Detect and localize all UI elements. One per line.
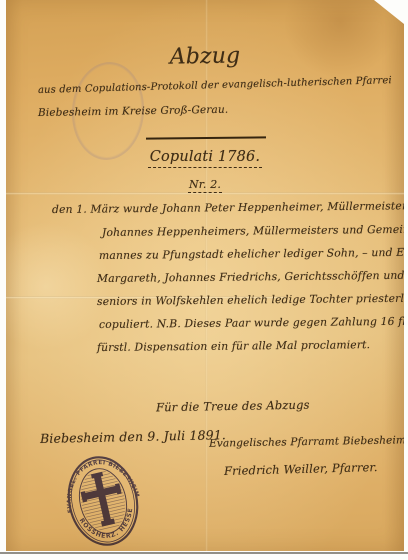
signature: Friedrich Weiller, Pfarrer. [224,460,378,478]
parish-stamp: EVANGEL. PFARREI BIEBESHEIM GROSSHERZ. H… [45,439,160,560]
scan-edge-line [0,552,408,554]
document-subtitle-line2: Biebesheim im Kreise Groß-Gerau. [38,104,229,119]
paper-sheet: Abzug aus dem Copulations-Protokoll der … [6,0,404,551]
body-line: den 1. März wurde Johann Peter Heppenhei… [52,199,408,216]
body-line: Margareth, Johannes Friedrichs, Gerichts… [97,268,408,285]
attestation-line: Für die Treue des Abzugs [156,398,310,415]
entry-number-text: Nr. 2. [188,178,222,193]
body-line: mannes zu Pfungstadt ehelicher lediger S… [99,245,408,262]
section-heading: Copulati 1786. [6,149,404,165]
scanned-document: Abzug aus dem Copulations-Protokoll der … [0,0,408,560]
section-heading-text: Copulati 1786. [148,149,262,168]
body-line: fürstl. Dispensation ein für alle Mal pr… [97,338,370,354]
body-line: Johannes Heppenheimers, Müllermeisters u… [102,223,408,239]
document-title: Abzug [6,41,404,73]
body-line: copuliert. N.B. Dieses Paar wurde gegen … [99,315,408,331]
issuing-office: Evangelisches Pfarramt Biebesheim [209,434,406,449]
entry-number: Nr. 2. [6,178,404,191]
body-line: seniors in Wolfskehlen ehelich ledige To… [97,291,408,308]
